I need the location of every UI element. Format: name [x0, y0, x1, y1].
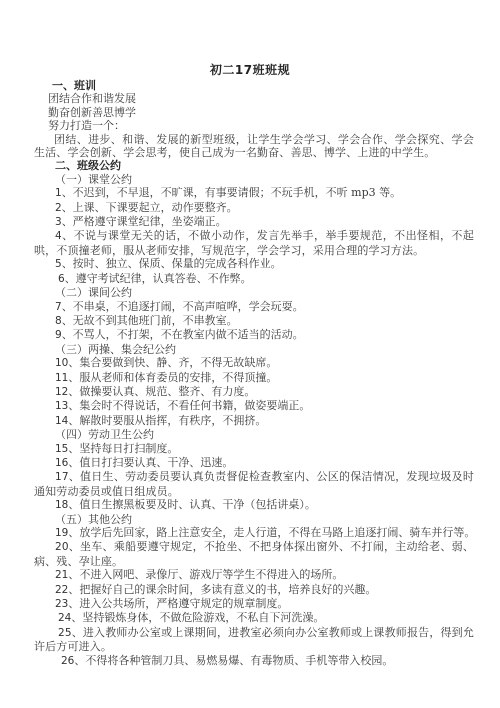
- rule-text: 、服从老师和体育委员的安排，不得顶撞。: [68, 371, 277, 384]
- subsection-heading: （四）劳动卫生公约: [34, 428, 474, 441]
- rule-number: 8: [55, 315, 62, 327]
- motto-line: 团结合作和谐发展: [34, 92, 474, 105]
- rule-number: 17: [55, 471, 69, 483]
- document-title: 初二17班班规: [0, 61, 500, 78]
- rule-item: 5、按时、独立、保质、保量的完成各科作业。: [34, 257, 474, 271]
- rule-number: 12: [55, 386, 68, 398]
- rule-number: 4: [55, 230, 62, 242]
- rule-text: 、按时、独立、保质、保量的完成各科作业。: [62, 257, 282, 270]
- rule-item: 16、值日打扫要认真、干净、迅速。: [34, 456, 474, 470]
- rule-item: 2、上课、下课要起立，动作要整齐。: [34, 201, 474, 215]
- rule-item: 26、不得将各种管制刀具、易燃易爆、有毒物质、手机等带入校园。: [34, 654, 474, 668]
- rule-text: 、值日生擦黑板要及时、认真、干净（包括讲桌）。: [68, 498, 316, 511]
- rule-text: 、值日打扫要认真、干净、迅速。: [68, 456, 233, 469]
- rule-item: 1、不迟到，不早退，不旷课，有事要请假；不玩手机，不听 mp3 等。: [34, 186, 474, 200]
- rule-number: 3: [55, 216, 62, 228]
- rule-number: 2: [55, 202, 62, 214]
- rule-item: 15、坚持每日打扫制度。: [34, 442, 474, 456]
- rule-text: 、坚持锻炼身体，不做危险游戏，不私自下河洗澡。: [71, 611, 324, 624]
- rule-text: 、放学后先回家，路上注意安全，走人行道，不得在马路上追逐打闹、骑车并行等。: [68, 526, 475, 539]
- motto-intro: 努力打造一个：: [34, 119, 474, 132]
- rule-item: 17、值日生、劳动委员要认真负责督促检查教室内、公区的保洁情况，发现垃圾及时通知…: [34, 470, 474, 498]
- rule-text: 、不说与课堂无关的话，不做小动作，发言先举手，举手要规范，不出怪相，不起哄，不顶…: [34, 229, 474, 256]
- rule-text: 、值日生、劳动委员要认真负责督促检查教室内、公区的保洁情况，发现垃圾及时通知劳动…: [34, 470, 474, 497]
- rule-text: 、解散时要服从指挥，有秩序，不拥挤。: [68, 414, 266, 427]
- rule-item: 13、集会时不得说话，不看任何书籍，做姿要端正。: [34, 399, 474, 413]
- rule-item: 24、坚持锻炼身体，不做危险游戏，不私自下河洗澡。: [34, 611, 474, 625]
- section-heading-class-motto: 一、班训: [34, 79, 474, 92]
- rule-number: 16: [55, 457, 68, 469]
- rule-text: 、进入公共场所，严格遵守规定的规章制度。: [68, 597, 288, 610]
- rule-item: 14、解散时要服从指挥，有秩序，不拥挤。: [34, 414, 474, 428]
- rule-text: 、不进入网吧、录像厅、游戏厅等学生不得进入的场所。: [68, 568, 343, 581]
- subsection-heading: （一）课堂公约: [34, 173, 474, 186]
- rule-item: 18、值日生擦黑板要及时、认真、干净（包括讲桌）。: [34, 498, 474, 512]
- rule-text: 、集会时不得说话，不看任何书籍，做姿要端正。: [68, 399, 310, 412]
- rule-item: 12、做操要认真、规范、整齐、有力度。: [34, 385, 474, 399]
- rule-number: 24: [58, 612, 71, 624]
- rule-item: 4、不说与课堂无关的话，不做小动作，发言先举手，举手要规范，不出怪相，不起哄，不…: [34, 229, 474, 257]
- rule-number: 11: [55, 372, 68, 384]
- rule-item: 20、坐车、乘船要遵守规定，不抢坐、不把身体探出窗外、不打闹，主动给老、弱、病、…: [34, 540, 474, 568]
- rule-number: 23: [55, 598, 68, 610]
- rule-number: 26: [61, 655, 74, 667]
- rule-text: 、做操要认真、规范、整齐、有力度。: [68, 385, 255, 398]
- rule-item: 11、服从老师和体育委员的安排，不得顶撞。: [34, 371, 474, 385]
- rule-number: 5: [55, 258, 62, 270]
- rule-text: 、不迟到，不早退，不旷课，有事要请假；不玩手机，不听 mp3 等。: [62, 186, 401, 199]
- rule-number: 21: [55, 569, 68, 581]
- document-body: 一、班训 团结合作和谐发展 勤奋创新善思博学 努力打造一个： 团结、进步、和谐、…: [34, 79, 474, 668]
- rule-number: 7: [55, 301, 62, 313]
- rule-number: 25: [58, 627, 72, 639]
- rule-number: 19: [55, 527, 68, 539]
- rule-item: 9、不骂人，不打架，不在教室内做不适当的活动。: [34, 328, 474, 342]
- rule-item: 7、不串桌，不追逐打闹，不高声喧哗，学会玩耍。: [34, 300, 474, 314]
- motto-line: 勤奋创新善思博学: [34, 106, 474, 119]
- rule-number: 1: [55, 187, 62, 199]
- rule-text: 、遵守考试纪律，认真答卷、不作弊。: [65, 272, 252, 285]
- rule-item: 21、不进入网吧、录像厅、游戏厅等学生不得进入的场所。: [34, 568, 474, 582]
- rule-number: 15: [55, 443, 68, 455]
- rule-text: 、严格遵守课堂纪律，坐姿端正。: [62, 215, 227, 228]
- rule-number: 14: [55, 415, 68, 427]
- subsection-heading: （五）其他公约: [34, 513, 474, 526]
- rule-number: 20: [55, 541, 69, 553]
- rule-text: 、上课、下课要起立，动作要整齐。: [62, 201, 238, 214]
- rule-number: 18: [55, 499, 68, 511]
- rule-item: 10、集合要做到快、静、齐，不得无故缺席。: [34, 356, 474, 370]
- rule-text: 、集合要做到快、静、齐，不得无故缺席。: [68, 356, 277, 369]
- rule-item: 23、进入公共场所，严格遵守规定的规章制度。: [34, 597, 474, 611]
- rule-number: 13: [55, 400, 68, 412]
- rule-text: 、无故不到其他班门前，不串教室。: [62, 314, 238, 327]
- subsection-heading: （三）两操、集会纪公约: [34, 343, 474, 356]
- rule-number: 6: [58, 273, 65, 285]
- rule-item: 19、放学后先回家，路上注意安全，走人行道，不得在马路上追逐打闹、骑车并行等。: [34, 526, 474, 540]
- rule-number: 9: [55, 329, 62, 341]
- rule-text: 、不得将各种管制刀具、易燃易爆、有毒物质、手机等带入校园。: [74, 654, 393, 667]
- subsection-heading: （二）课间公约: [34, 286, 474, 299]
- rule-text: 、不骂人，不打架，不在教室内做不适当的活动。: [62, 328, 304, 341]
- section-heading-class-rules: 二、班级公约: [34, 159, 474, 172]
- rule-text: 、把握好自己的课余时间，多读有意义的书，培养良好的兴趣。: [68, 583, 376, 596]
- rule-number: 22: [55, 584, 68, 596]
- rule-number: 10: [55, 357, 68, 369]
- rule-text: 、坐车、乘船要遵守规定，不抢坐、不把身体探出窗外、不打闹，主动给老、弱、病、残、…: [34, 540, 474, 567]
- rule-item: 6、遵守考试纪律，认真答卷、不作弊。: [34, 272, 474, 286]
- rule-item: 22、把握好自己的课余时间，多读有意义的书，培养良好的兴趣。: [34, 583, 474, 597]
- rule-item: 3、严格遵守课堂纪律，坐姿端正。: [34, 215, 474, 229]
- motto-paragraph: 团结、进步、和谐、发展的新型班级，让学生学会学习、学会合作、学会探究、学会生活、…: [34, 133, 474, 160]
- rule-text: 、坚持每日打扫制度。: [68, 442, 178, 455]
- rule-text: 、进入教师办公室或上课期间，进教室必须向办公室教师或上课教师报告，得到允许后方可…: [34, 626, 474, 653]
- rule-item: 8、无故不到其他班门前，不串教室。: [34, 314, 474, 328]
- rule-item: 25、进入教师办公室或上课期间，进教室必须向办公室教师或上课教师报告，得到允许后…: [34, 626, 474, 654]
- document-page: 初二17班班规 一、班训 团结合作和谐发展 勤奋创新善思博学 努力打造一个： 团…: [0, 0, 500, 708]
- rule-text: 、不串桌，不追逐打闹，不高声喧哗，学会玩耍。: [62, 300, 304, 313]
